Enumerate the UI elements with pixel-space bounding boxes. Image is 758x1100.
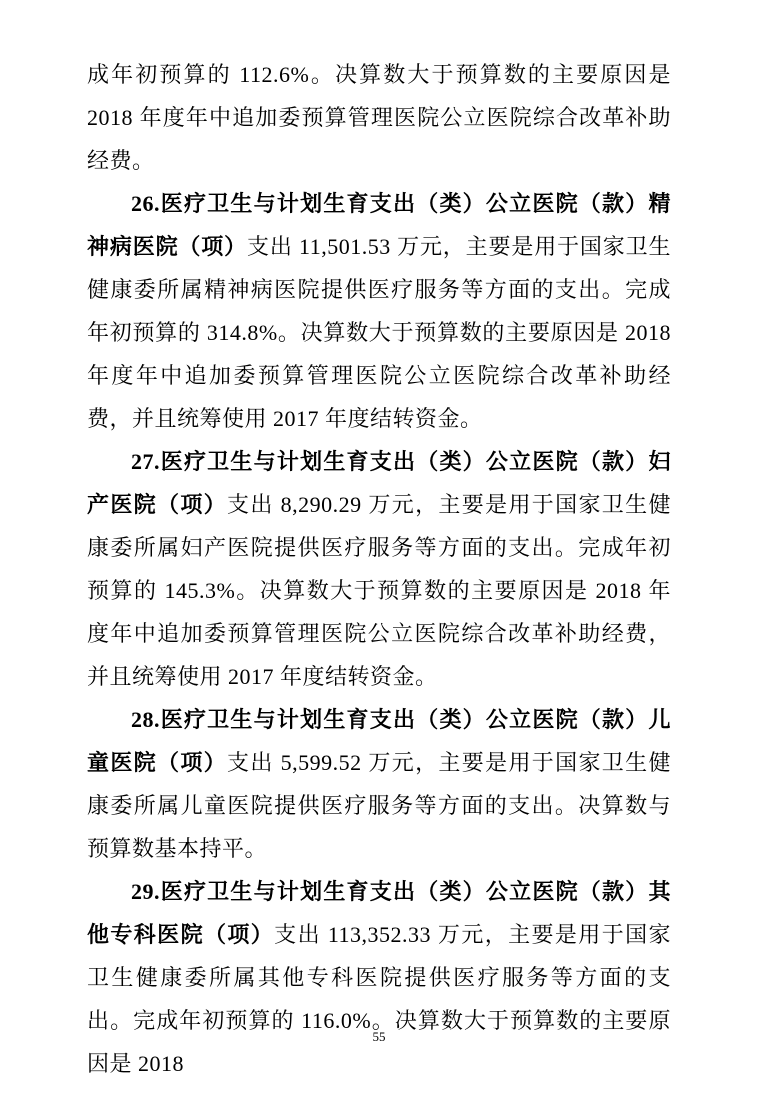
paragraph-item-26: 26.医疗卫生与计划生育支出（类）公立医院（款）精神病医院（项）支出 11,50… — [87, 182, 671, 440]
document-body: 成年初预算的 112.6%。决算数大于预算数的主要原因是 2018 年度年中追加… — [87, 53, 671, 1085]
document-page: 成年初预算的 112.6%。决算数大于预算数的主要原因是 2018 年度年中追加… — [0, 0, 758, 1100]
paragraph-text: 支出 8,290.29 万元，主要是用于国家卫生健康委所属妇产医院提供医疗服务等… — [87, 492, 671, 689]
paragraph-item-29: 29.医疗卫生与计划生育支出（类）公立医院（款）其他专科医院（项）支出 113,… — [87, 870, 671, 1085]
paragraph-text: 成年初预算的 112.6%。决算数大于预算数的主要原因是 2018 年度年中追加… — [87, 62, 671, 173]
paragraph-item-28: 28.医疗卫生与计划生育支出（类）公立医院（款）儿童医院（项）支出 5,599.… — [87, 698, 671, 870]
paragraph-text: 支出 11,501.53 万元，主要是用于国家卫生健康委所属精神病医院提供医疗服… — [87, 234, 671, 431]
paragraph-continuation: 成年初预算的 112.6%。决算数大于预算数的主要原因是 2018 年度年中追加… — [87, 53, 671, 182]
page-number: 55 — [0, 1028, 758, 1046]
paragraph-item-27: 27.医疗卫生与计划生育支出（类）公立医院（款）妇产医院（项）支出 8,290.… — [87, 440, 671, 698]
